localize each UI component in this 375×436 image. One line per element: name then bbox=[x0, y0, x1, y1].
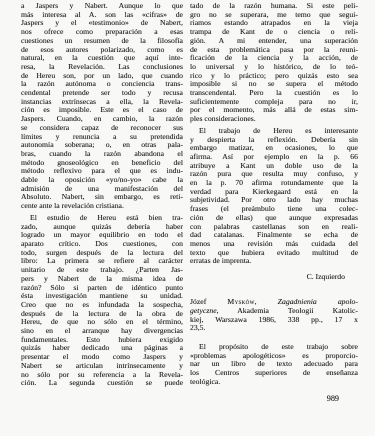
text-segment: kiej, Warszawa 1986, 338 pp., 17 x bbox=[190, 315, 358, 324]
text-segment: , Akademia Teologii Katolic- bbox=[217, 306, 358, 315]
two-column-text-block: a Jaspers y Nabert. Aunque lo quemás int… bbox=[0, 0, 375, 403]
text-line: cente ante la revelación cristiana. bbox=[21, 202, 183, 211]
text-segment: Józef bbox=[190, 297, 227, 306]
paragraph: El estudio de Hereu está bien tra-zado, … bbox=[21, 214, 183, 388]
left-column: a Jaspers y Nabert. Aunque lo quemás int… bbox=[21, 2, 183, 403]
review-body-text: tado de la razón humana. Si este peli-gr… bbox=[190, 2, 358, 266]
paragraph: tado de la razón humana. Si este peli-gr… bbox=[190, 2, 358, 124]
text-line: ción. La segunda cuestión se puede bbox=[21, 379, 183, 388]
text-segment: Mysków bbox=[227, 297, 254, 306]
paragraph: a Jaspers y Nabert. Aunque lo quemás int… bbox=[21, 2, 183, 211]
text-segment: Zagadnienia apolo- bbox=[278, 297, 358, 306]
paragraph: El trabajo de Hereu es interesantey desp… bbox=[190, 127, 358, 266]
scanned-journal-page: a Jaspers y Nabert. Aunque lo quemás int… bbox=[0, 0, 375, 436]
text-line: teológica. bbox=[190, 378, 358, 387]
text-line: erratas de imprenta. bbox=[190, 257, 358, 266]
text-segment: , bbox=[255, 297, 278, 306]
reference-line: 23,5. bbox=[190, 324, 358, 333]
page-number: 989 bbox=[190, 394, 358, 403]
text-segment: getyczne bbox=[190, 306, 217, 315]
text-line: ples consideraciones. bbox=[190, 115, 358, 124]
text-segment: 23,5. bbox=[190, 323, 205, 332]
book-reference-citation: Józef Mysków, Zagadnienia apolo-getyczne… bbox=[190, 298, 358, 333]
paragraph: El propósito de este trabajo sobre«probl… bbox=[190, 343, 358, 387]
reviewer-signature: C. Izquierdo bbox=[190, 272, 358, 281]
review-opening-text: El propósito de este trabajo sobre«probl… bbox=[190, 343, 358, 387]
right-column: tado de la razón humana. Si este peli-gr… bbox=[190, 2, 358, 403]
reference-line: kiej, Warszawa 1986, 338 pp., 17 x bbox=[190, 316, 358, 325]
